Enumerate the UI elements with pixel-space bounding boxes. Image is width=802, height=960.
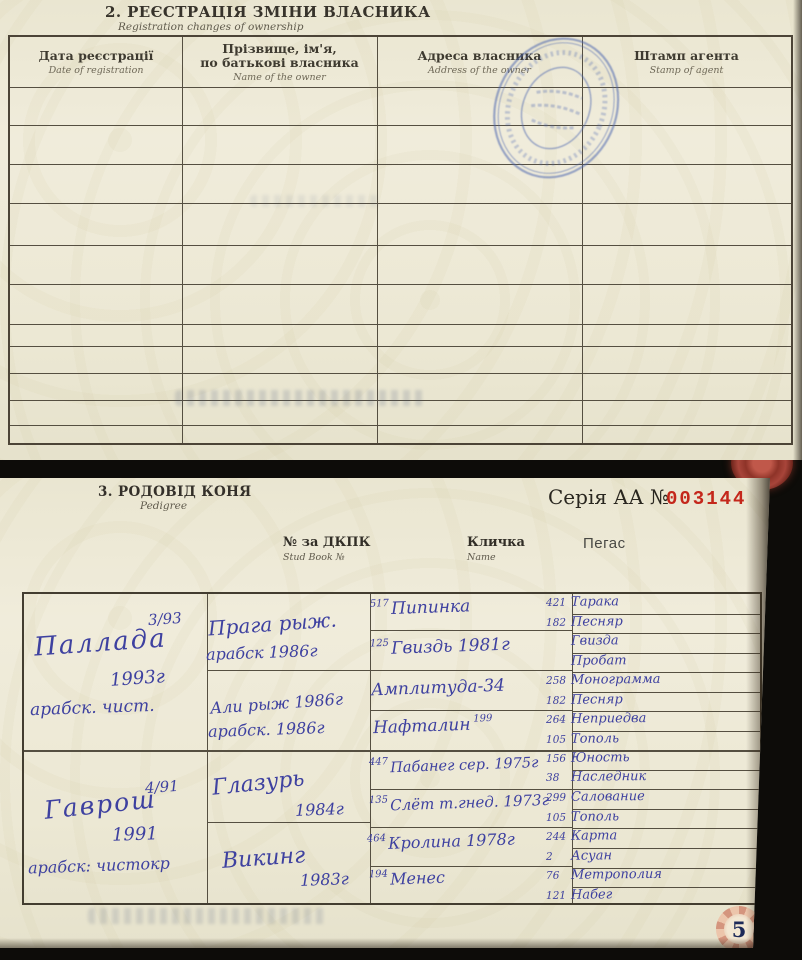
studbook-num: 464: [367, 833, 386, 845]
bleed-through-ghost: [250, 195, 380, 207]
series-number: 003144: [666, 488, 746, 510]
row-divider: [10, 203, 791, 204]
horse2-greatgrandparent: 76Метрополия: [546, 865, 758, 885]
horse2-year: 1991: [112, 823, 159, 846]
horse2-greatgrandparent: 244Карта: [546, 826, 758, 846]
column-divider: [182, 37, 183, 443]
column-divider: [377, 37, 378, 443]
row-divider: [370, 710, 572, 711]
studbook-header-en: Stud Book №: [283, 552, 345, 563]
horse1-greatgrandparent: 421Тарака: [546, 592, 758, 612]
ownership-table: Дата реєстрації Date of registration Прі…: [8, 35, 793, 445]
horse-name: Нафталин: [373, 715, 471, 738]
col-header-owner-name: Прізвище, ім'я, по батькові власника Nam…: [182, 37, 377, 87]
horse1-sire-detail: арабск 1986г: [206, 641, 318, 664]
section-title: 2. РЕЄСТРАЦІЯ ЗМІНИ ВЛАСНИКА: [105, 3, 431, 21]
horse2-greatgrandparent: 299Салование: [546, 787, 758, 807]
studbook-num: 194: [369, 869, 388, 881]
name-header-en: Name: [467, 552, 496, 563]
horse-name-printed: Пегас: [583, 535, 626, 552]
ownership-page: 2. РЕЄСТРАЦІЯ ЗМІНИ ВЛАСНИКА Registratio…: [0, 0, 802, 460]
row-divider: [10, 125, 791, 126]
row-divider: [10, 87, 791, 88]
horse1-greatgrandparent: 105Тополь: [546, 729, 758, 749]
studbook-num: 517: [370, 598, 389, 610]
row-divider: [370, 866, 572, 867]
horse2-sire-detail: 1984г: [295, 799, 344, 820]
horse-name: Гвиздь 1981г: [391, 635, 510, 659]
horse1-grandparent: Нафталин199: [373, 713, 493, 738]
col-header-agent-stamp-uk: Штамп агента: [634, 49, 739, 63]
row-divider: [10, 164, 791, 165]
pedigree-title: 3. РОДОВІД КОНЯ: [98, 484, 252, 500]
horse2-greatgrandparent: 105Тополь: [546, 807, 758, 827]
horse2-greatgrandparent: 121Набег: [546, 885, 758, 905]
studbook-header-uk: № за ДКПК: [283, 535, 370, 550]
horse1-year: 1993г: [109, 666, 165, 691]
horse1-grandparent: 517Пипинка: [370, 595, 471, 619]
horse2-greatgrandparent: 156Юность: [546, 748, 758, 768]
row-divider: [370, 670, 572, 671]
bleed-through-ghost: [88, 908, 328, 924]
agent-stamp-icon: [463, 17, 648, 200]
row-divider: [207, 670, 370, 671]
row-divider: [10, 324, 791, 325]
row-divider: [370, 630, 572, 631]
horse1-greatgrandparent: Гвизда: [546, 631, 758, 651]
pedigree-page: 3. РОДОВІД КОНЯ Pedigree Серія АА № 0031…: [0, 478, 772, 948]
col-header-owner-name-en: Name of the owner: [233, 72, 326, 83]
bleed-through-ghost: [175, 390, 425, 406]
horse-name: Менес: [390, 868, 445, 889]
page-edge-shadow: [0, 938, 772, 948]
page-edge-shadow: [793, 0, 802, 460]
col-header-owner-name-uk1: Прізвище, ім'я,: [222, 42, 336, 56]
horse2-dam-detail: 1983г: [300, 869, 349, 890]
row-divider: [10, 346, 791, 347]
section-subtitle: Registration changes of ownership: [118, 21, 304, 33]
horse1-greatgrandparent: 264Неприедва: [546, 709, 758, 729]
row-divider: [10, 245, 791, 246]
horse2-greatgrandparent: 38Наследник: [546, 767, 758, 787]
horse1-greatgrandparent: 182Песняр: [546, 690, 758, 710]
row-divider: [10, 425, 791, 426]
pedigree-subtitle: Pedigree: [140, 500, 187, 512]
col-header-date: Дата реєстрації Date of registration: [10, 37, 182, 87]
horse-name: Пипинка: [391, 596, 471, 619]
page-edge-shadow: [746, 478, 772, 948]
horse1-dam-detail: арабск. 1986г: [208, 718, 325, 741]
col-header-owner-name-uk2: по батькові власника: [200, 56, 358, 70]
studbook-num: 135: [369, 794, 388, 806]
name-header-uk: Кличка: [467, 535, 525, 550]
horse2-grandparent: 194Менес: [369, 867, 446, 890]
horse1-greatgrandparent: 182Песняр: [546, 612, 758, 632]
horse1-greatgrandparent: Пробат: [546, 651, 758, 671]
studbook-num: 447: [369, 756, 388, 768]
studbook-num: 125: [370, 638, 389, 650]
col-header-date-en: Date of registration: [49, 65, 144, 76]
col-header-agent-stamp-en: Stamp of agent: [650, 65, 724, 76]
series-label: Серія АА №: [548, 485, 669, 509]
col-header-date-uk: Дата реєстрації: [39, 49, 154, 63]
row-divider: [10, 373, 791, 374]
horse2-greatgrandparent: 2Асуан: [546, 846, 758, 866]
row-divider: [207, 822, 370, 823]
horse1-greatgrandparent: 258Монограмма: [546, 670, 758, 690]
row-divider: [10, 284, 791, 285]
studbook-num: 199: [473, 713, 492, 725]
row-divider: [370, 827, 572, 828]
